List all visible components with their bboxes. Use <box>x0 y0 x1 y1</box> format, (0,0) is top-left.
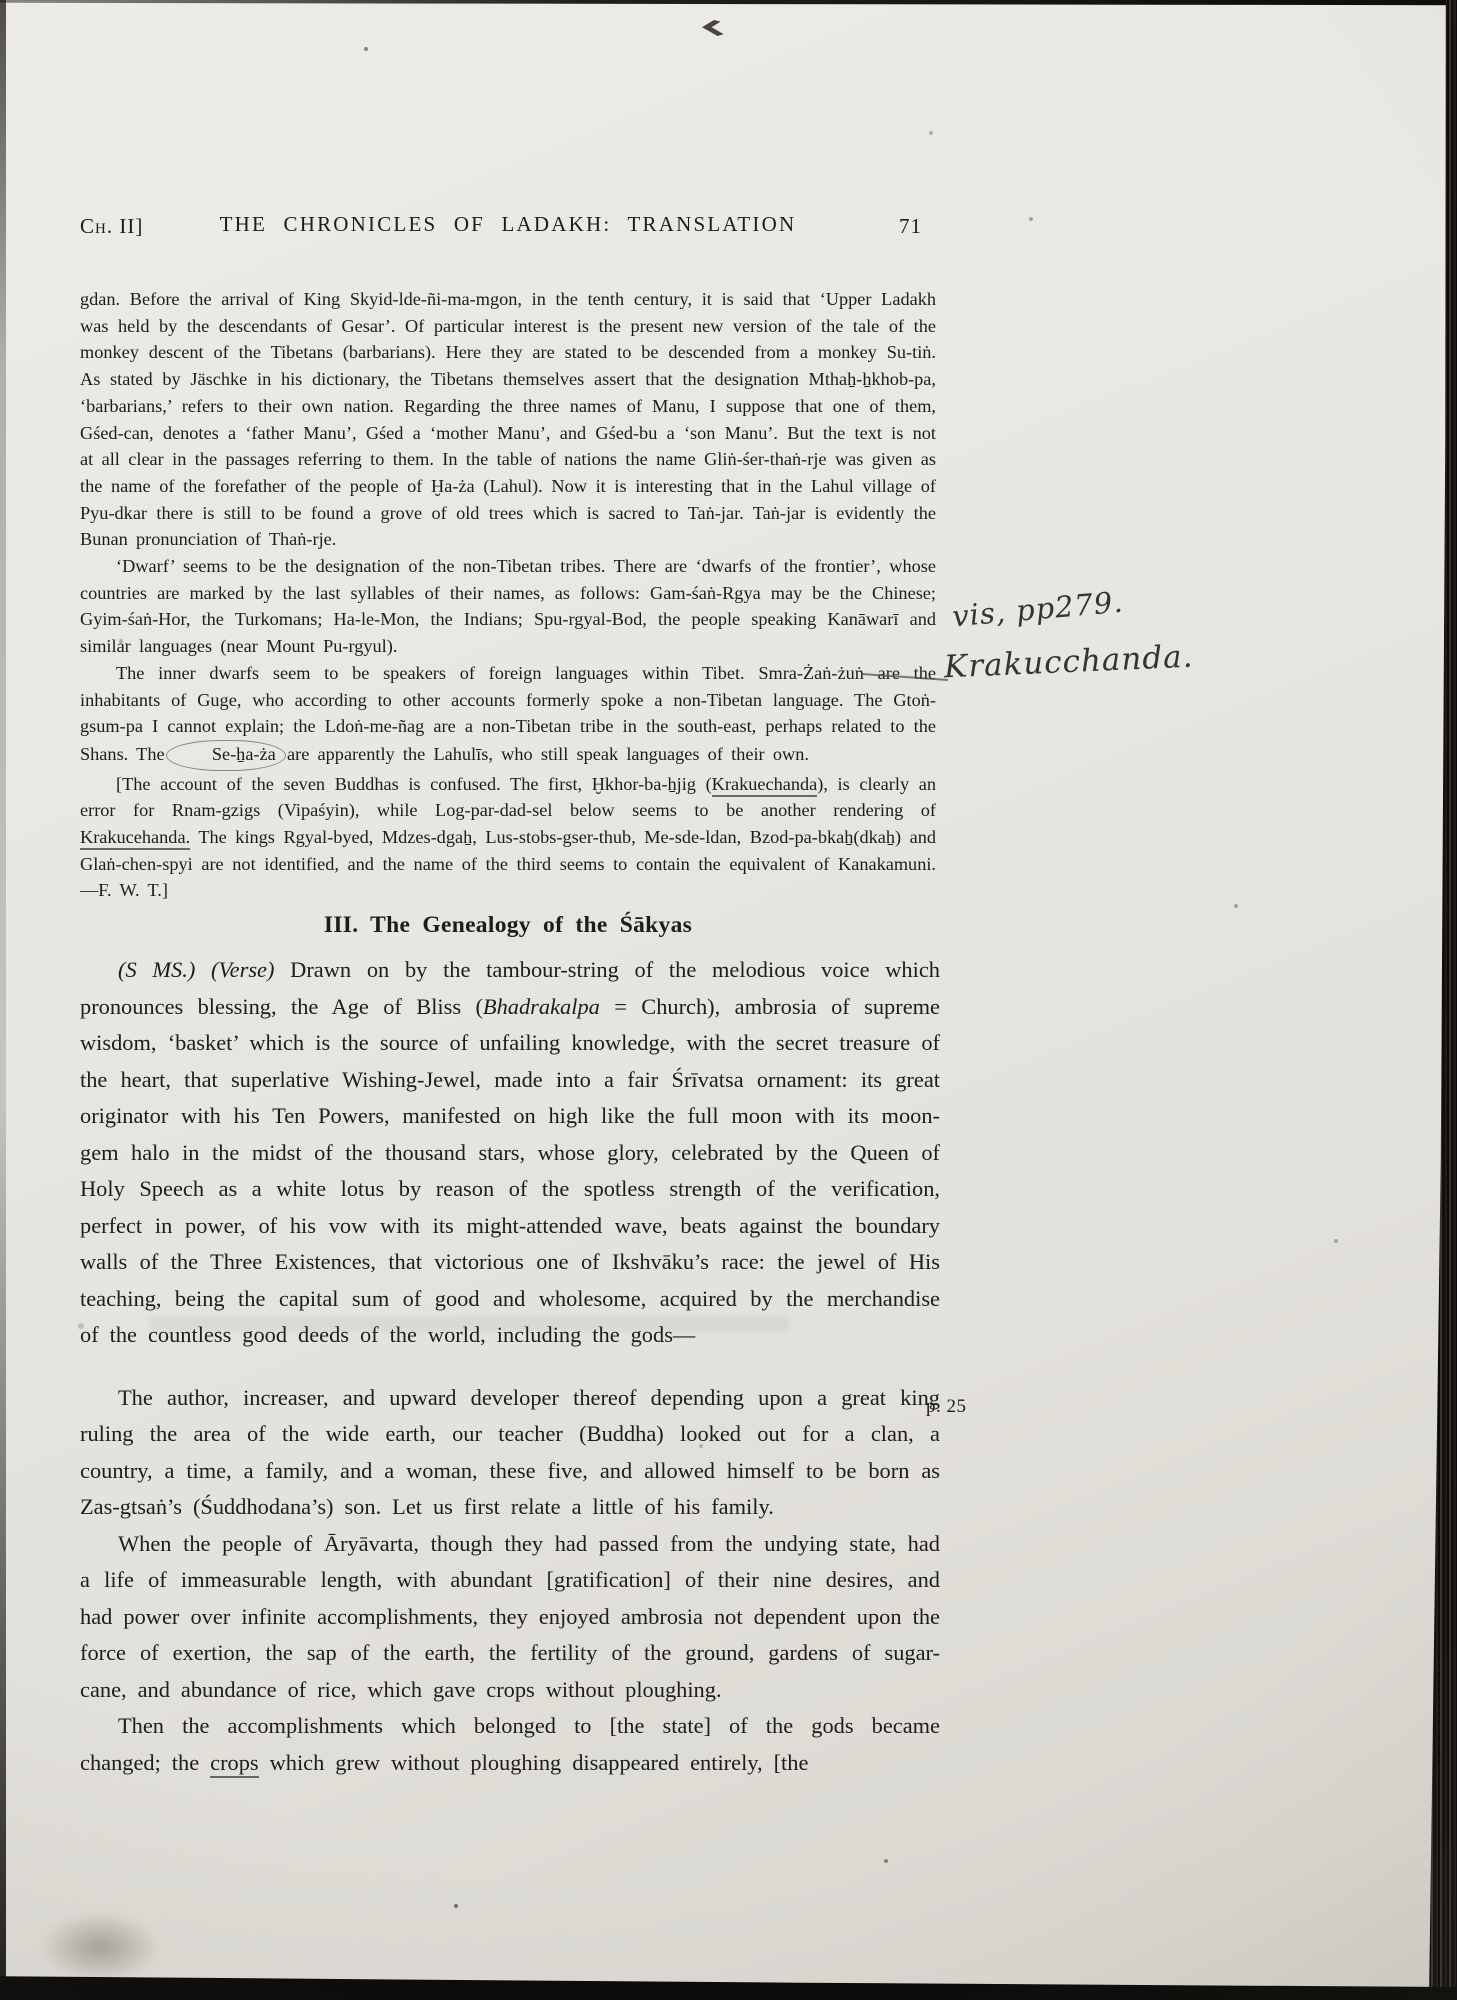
scan-edge-top <box>0 0 1457 7</box>
section-heading: III. The Genealogy of the Śākyas <box>80 912 936 939</box>
paragraph-text: [The account of the seven Buddhas is con… <box>116 774 712 794</box>
commentary-paragraph-3: The inner dwarfs seem to be speakers of … <box>80 660 936 771</box>
corner-smudge <box>40 1912 160 1982</box>
pencil-underlined-word: Krakucehanda. <box>80 827 190 850</box>
main-text-block: (S MS.) (Verse) Drawn on by the tambour-… <box>80 952 940 1781</box>
page-number: 71 <box>899 214 922 239</box>
body-paragraph-author: The author, increaser, and upward develo… <box>80 1380 940 1526</box>
paragraph-text: are apparently the Lahulīs, who still sp… <box>279 744 809 764</box>
scanned-book-page: Ch. II] THE CHRONICLES OF LADAKH: TRANSL… <box>0 0 1457 2000</box>
paragraph-text: = Church), ambrosia of supreme wisdom, ‘… <box>80 994 940 1348</box>
page-title: THE CHRONICLES OF LADAKH: TRANSLATION <box>190 212 826 237</box>
pencil-underlined-word: Krakuechanda <box>712 774 818 797</box>
scan-edge-left <box>0 0 6 2000</box>
italic-term: Bhadrakalpa <box>483 994 600 1019</box>
body-paragraph-aryavarta: When the people of Āryāvarta, though the… <box>80 1526 940 1709</box>
paragraph-text: which grew without ploughing disappeared… <box>259 1750 809 1775</box>
scan-mark-artifact <box>702 20 732 36</box>
book-page-edges-right <box>1429 0 1457 2000</box>
pencil-circled-word: Se-ẖa-ża <box>166 740 286 771</box>
ink-showthrough-smudge <box>150 1316 790 1332</box>
body-paragraph-then: Then the accomplishments which belonged … <box>80 1708 940 1781</box>
chapter-label: Ch. II] <box>80 214 143 239</box>
body-paragraph-verse: (S MS.) (Verse) Drawn on by the tambour-… <box>80 952 940 1354</box>
commentary-block: gdan. Before the arrival of King Skyid-l… <box>80 286 936 904</box>
editor-note-paragraph: [The account of the seven Buddhas is con… <box>80 771 936 905</box>
pencil-underlined-word: crops <box>210 1750 259 1778</box>
handwritten-margin-note: vis, pp279. <box>951 585 1125 634</box>
commentary-paragraph-2: ‘Dwarf’ seems to be the designation of t… <box>80 553 936 660</box>
page-header: Ch. II] THE CHRONICLES OF LADAKH: TRANSL… <box>80 212 936 242</box>
paragraph-text: The kings Rgyal-byed, Mdzes-dgaẖ, Lus-st… <box>80 827 936 900</box>
handwritten-margin-note: Krakucchanda. <box>943 639 1194 686</box>
scan-edge-bottom <box>0 1964 1457 2000</box>
verse-lead-italic: (S MS.) (Verse) <box>118 957 274 982</box>
commentary-paragraph-1: gdan. Before the arrival of King Skyid-l… <box>80 286 936 553</box>
